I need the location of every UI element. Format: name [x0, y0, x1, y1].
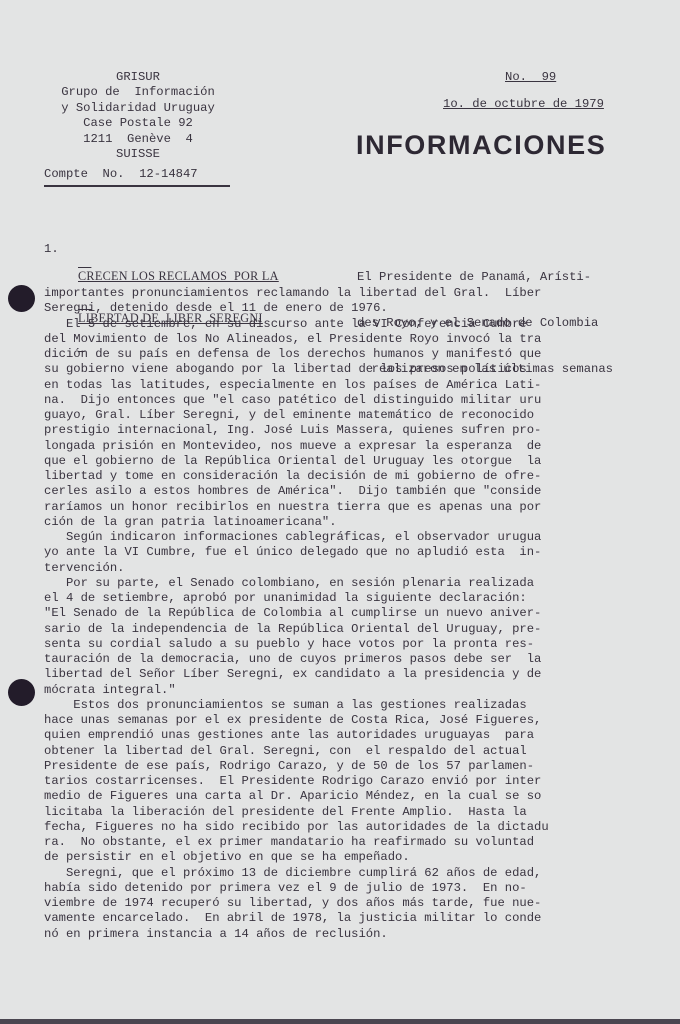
- article-body: importantes pronunciamientos reclamando …: [44, 286, 644, 942]
- sender-org-name-2: y Solidaridad Uruguay: [42, 101, 234, 116]
- sender-account-number: Compte No. 12-14847: [42, 167, 234, 182]
- body-line: libertad del Señor Líber Seregni, ex can…: [44, 667, 644, 682]
- body-line: viembre de 1974 recuperó su libertad, y …: [44, 896, 644, 911]
- headline-line: CRECEN LOS RECLAMOS POR LA: [78, 269, 279, 283]
- page-bottom-edge: [0, 1019, 680, 1024]
- body-line: senta su cordial saludo a su pueblo y ha…: [44, 637, 644, 652]
- body-line: vamente encarcelado. En abril de 1978, l…: [44, 911, 644, 926]
- body-line: medio de Figueres una carta al Dr. Apari…: [44, 789, 644, 804]
- body-line: libertad y tome en consideración la deci…: [44, 469, 644, 484]
- body-line: fecha, Figueres no ha sido recibido por …: [44, 820, 644, 835]
- body-line: tauración de la democracia, uno de cuyos…: [44, 652, 644, 667]
- body-line: Según indicaron informaciones cablegráfi…: [44, 530, 644, 545]
- body-line: Estos dos pronunciamientos se suman a la…: [44, 698, 644, 713]
- issue-number: No. 99: [505, 70, 556, 84]
- sender-org-short: GRISUR: [42, 70, 234, 85]
- intro-line: El Presidente de Panamá, Arísti-: [357, 270, 613, 285]
- body-line: del Movimiento de los No Alineados, el P…: [44, 332, 644, 347]
- punch-hole-icon: [8, 679, 35, 706]
- body-line: Seregni, detenido desde el 11 de enero d…: [44, 301, 644, 316]
- body-line: dición de su país en defensa de los dere…: [44, 347, 644, 362]
- body-line: Presidente de ese país, Rodrigo Carazo, …: [44, 759, 644, 774]
- body-line: prestigio internacional, Ing. José Luis …: [44, 423, 644, 438]
- body-line: ra. No obstante, el ex primer mandatario…: [44, 835, 644, 850]
- issue-date: 1o. de octubre de 1979: [443, 97, 604, 111]
- body-line: hace unas semanas por el ex presidente d…: [44, 713, 644, 728]
- body-line: raríamos un honor recibirlos en nuestra …: [44, 500, 644, 515]
- body-line: quien emprendió unas gestiones ante las …: [44, 728, 644, 743]
- body-line: tarios costarricenses. El Presidente Rod…: [44, 774, 644, 789]
- body-line: importantes pronunciamientos reclamando …: [44, 286, 644, 301]
- body-line: "El Senado de la República de Colombia a…: [44, 606, 644, 621]
- body-line: mócrata integral.": [44, 683, 644, 698]
- body-line: tervención.: [44, 561, 644, 576]
- sender-org-name-1: Grupo de Información: [42, 85, 234, 100]
- document-page: GRISUR Grupo de Información y Solidarida…: [0, 0, 680, 1020]
- sender-country: SUISSE: [42, 147, 234, 162]
- body-line: guayo, Gral. Líber Seregni, y del eminen…: [44, 408, 644, 423]
- body-line: el 4 de setiembre, aprobó por unanimidad…: [44, 591, 644, 606]
- punch-hole-icon: [8, 285, 35, 312]
- body-line: cerles asilo a estos hombres de América"…: [44, 484, 644, 499]
- body-line: na. Dijo entonces que "el caso patético …: [44, 393, 644, 408]
- sender-city: 1211 Genève 4: [42, 132, 234, 147]
- body-line: obtener la libertad del Gral. Seregni, c…: [44, 744, 644, 759]
- body-line: había sido detenido por primera vez el 9…: [44, 881, 644, 896]
- body-line: longada prisión en Montevideo, nos mueve…: [44, 439, 644, 454]
- body-line: El 5 de setiembre, en su discurso ante l…: [44, 317, 644, 332]
- body-line: sario de la independencia de la Repúblic…: [44, 622, 644, 637]
- body-line: Seregni, que el próximo 13 de diciembre …: [44, 866, 644, 881]
- body-line: ción de la gran patria latinoamericana".: [44, 515, 644, 530]
- body-line: yo ante la VI Cumbre, fue el único deleg…: [44, 545, 644, 560]
- body-line: licitaba la liberación del presidente de…: [44, 805, 644, 820]
- article-number: 1.: [44, 242, 59, 256]
- sender-divider: [44, 185, 230, 187]
- masthead-title: INFORMACIONES: [356, 130, 606, 161]
- body-line: de persistir en el objetivo en que se ha…: [44, 850, 644, 865]
- sender-address-block: GRISUR Grupo de Información y Solidarida…: [42, 70, 234, 183]
- body-line: que el gobierno de la República Oriental…: [44, 454, 644, 469]
- body-line: Por su parte, el Senado colombiano, en s…: [44, 576, 644, 591]
- body-line: nó en primera instancia a 14 años de rec…: [44, 927, 644, 942]
- sender-postal-box: Case Postale 92: [42, 116, 234, 131]
- body-line: su gobierno viene abogando por la libert…: [44, 362, 644, 377]
- body-line: en todas las latitudes, especialmente en…: [44, 378, 644, 393]
